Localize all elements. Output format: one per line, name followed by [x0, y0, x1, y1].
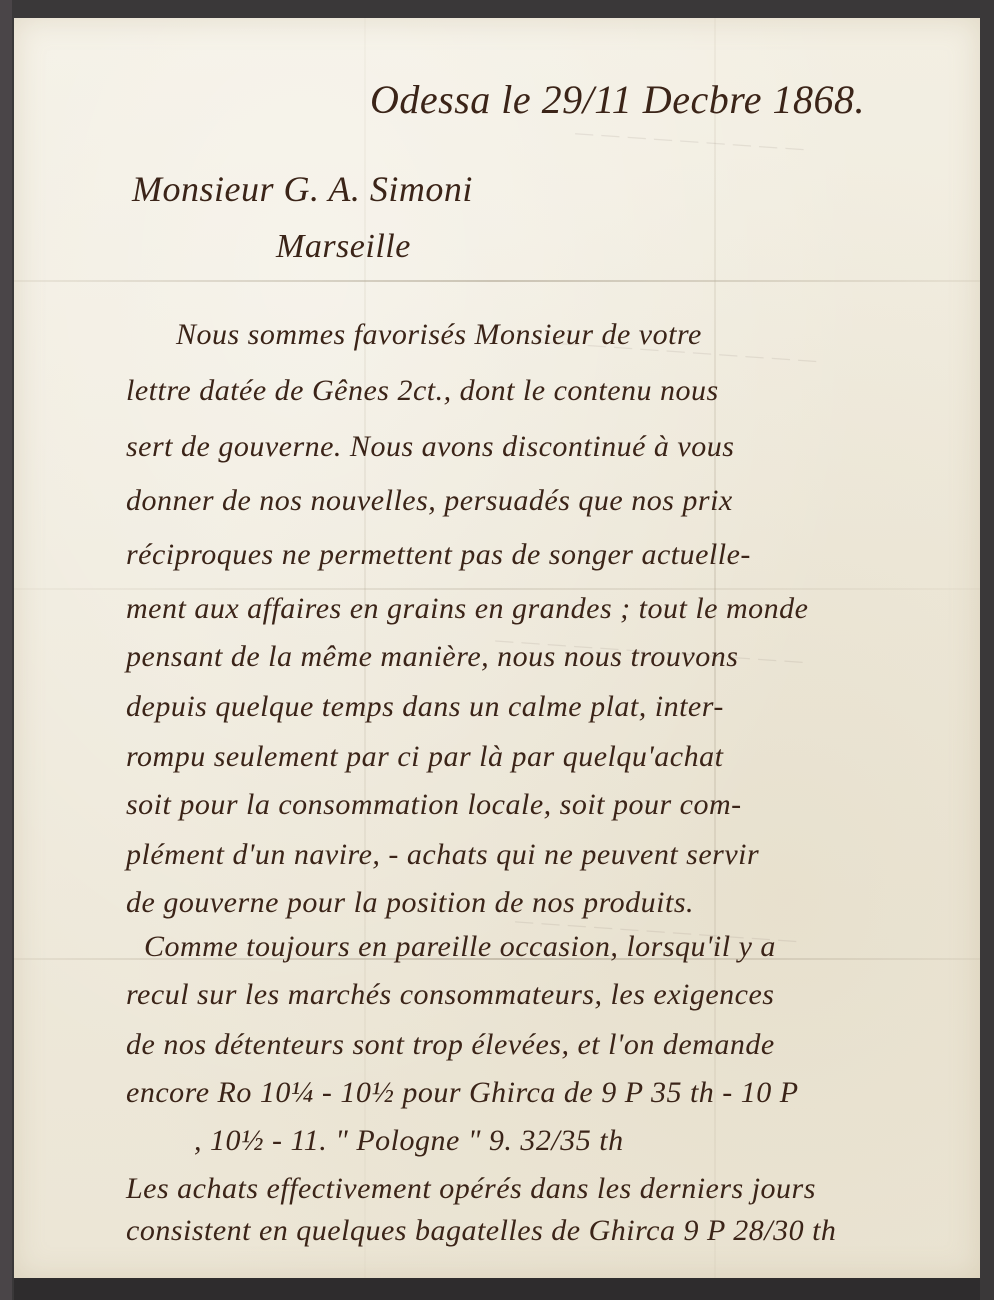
- body-line: soit pour la consommation locale, soit p…: [126, 788, 742, 822]
- fold-line-horizontal: [14, 588, 980, 590]
- body-line: réciproques ne permettent pas de songer …: [126, 538, 751, 572]
- body-line: sert de gouverne. Nous avons discontinué…: [126, 430, 734, 464]
- body-line: lettre datée de Gênes 2ct., dont le cont…: [126, 374, 719, 408]
- body-line: pensant de la même manière, nous nous tr…: [126, 640, 738, 674]
- body-line: ment aux affaires en grains en grandes ;…: [126, 592, 808, 626]
- body-line: rompu seulement par ci par là par quelqu…: [126, 740, 723, 774]
- body-line: de nos détenteurs sont trop élevées, et …: [126, 1028, 775, 1062]
- body-line: Comme toujours en pareille occasion, lor…: [144, 930, 776, 964]
- date-prefix: le: [501, 77, 531, 122]
- body-line: consistent en quelques bagatelles de Ghi…: [126, 1214, 836, 1248]
- place: Odessa: [370, 77, 491, 122]
- body-line: de gouverne pour la position de nos prod…: [126, 886, 694, 920]
- recipient-city: Marseille: [276, 228, 411, 266]
- body-line: depuis quelque temps dans un calme plat,…: [126, 690, 724, 724]
- recipient-salutation: Monsieur G. A. Simoni: [132, 168, 473, 210]
- body-line: recul sur les marchés consommateurs, les…: [126, 978, 774, 1012]
- date: 29/11 Decbre 1868.: [542, 77, 865, 122]
- letter-page: — — — — — — — — — — — — — — — — — — — — …: [14, 18, 980, 1278]
- scan-border-left: [0, 0, 12, 1300]
- body-line: encore Ro 10¼ - 10½ pour Ghirca de 9 P 3…: [126, 1076, 799, 1110]
- body-line: plément d'un navire, - achats qui ne peu…: [126, 838, 759, 872]
- body-line: , 10½ - 11. " Pologne " 9. 32/35 th: [194, 1124, 624, 1158]
- body-line: donner de nos nouvelles, persuadés que n…: [126, 484, 733, 518]
- bleed-through-text: — — — — — — — — —: [573, 120, 805, 160]
- body-line: Les achats effectivement opérés dans les…: [126, 1172, 816, 1206]
- body-line: Nous sommes favorisés Monsieur de votre: [176, 318, 702, 352]
- scan-border-bottom: [14, 1278, 980, 1300]
- fold-line-horizontal: [14, 280, 980, 282]
- letter-place-date: Odessa le 29/11 Decbre 1868.: [370, 76, 865, 123]
